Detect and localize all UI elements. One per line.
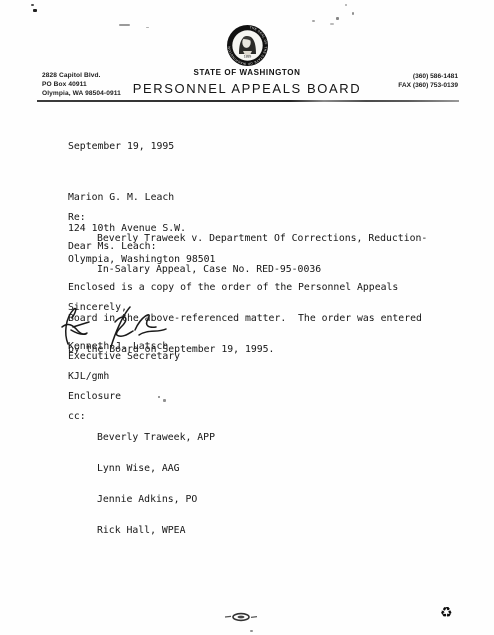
- scan-speck: [163, 399, 166, 402]
- smudge-mark: [224, 611, 258, 623]
- fax-number: FAX (360) 753-0139: [398, 81, 458, 90]
- letter-date: September 19, 1995: [68, 142, 174, 152]
- re-label: Re:: [68, 213, 86, 223]
- reference-initials: KJL/gmh: [68, 372, 109, 382]
- scan-speck: [345, 4, 347, 6]
- scan-speck: [31, 4, 34, 6]
- scan-speck: [146, 27, 149, 28]
- recipient-line: Marion G. M. Leach: [68, 193, 215, 203]
- body-line: Enclosed is a copy of the order of the P…: [68, 283, 422, 293]
- letterhead-divider: [37, 100, 459, 102]
- cc-line: Rick Hall, WPEA: [97, 526, 215, 536]
- scan-speck: [312, 20, 315, 22]
- scan-speck: [352, 12, 354, 15]
- scan-speck: [158, 396, 160, 398]
- seal-year: 1889: [244, 55, 252, 59]
- letterhead-phones: (360) 586-1481 FAX (360) 753-0139: [398, 72, 458, 90]
- letter-page: THE SEAL OF THE STATE OF WASHINGTON 1889…: [0, 0, 494, 635]
- cc-line: Beverly Traweek, APP: [97, 433, 215, 443]
- scan-speck: [119, 24, 130, 26]
- scan-speck: [336, 17, 339, 20]
- signer-title: Executive Secretary: [68, 352, 180, 362]
- enclosure-label: Enclosure: [68, 392, 121, 402]
- cc-block: Beverly Traweek, APP Lynn Wise, AAG Jenn…: [97, 412, 215, 557]
- phone-number: (360) 586-1481: [398, 72, 458, 81]
- cc-line: Jennie Adkins, PO: [97, 495, 215, 505]
- salutation: Dear Ms. Leach:: [68, 242, 156, 252]
- washington-state-seal: THE SEAL OF THE STATE OF WASHINGTON 1889: [226, 24, 269, 67]
- recycle-icon: ♻: [440, 605, 453, 621]
- scan-speck: [250, 630, 253, 632]
- cc-line: Lynn Wise, AAG: [97, 464, 215, 474]
- cc-label: cc:: [68, 412, 86, 422]
- scan-speck: [33, 9, 37, 12]
- scan-speck: [330, 23, 334, 25]
